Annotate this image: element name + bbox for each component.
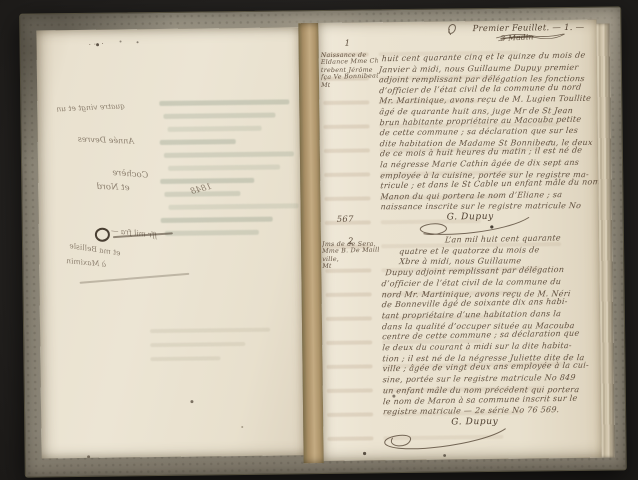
ghost-text-bar: [168, 126, 262, 132]
ghost-text-bar: [160, 139, 236, 144]
show-through-line: et ma Bellisle: [69, 241, 121, 257]
manuscript-line: le deux du courant à midi sur la dite ha…: [382, 341, 572, 352]
show-through-line: à Maximin: [66, 256, 107, 269]
ghost-text-bar: [150, 356, 220, 361]
print-show-through: [36, 27, 298, 30]
ghost-text-bar: [324, 124, 370, 129]
right-page: Premier Feuillet. — 1. — 3 Madin 1Naissa…: [318, 20, 601, 461]
margin-note-line: ville,: [322, 256, 339, 263]
ghost-text-bar: [150, 328, 270, 333]
manuscript-line: Mr. Martinique, avons reçu de M. Lugien …: [379, 94, 592, 106]
margin-note-line: Mt: [321, 82, 331, 89]
ghost-text-bar: [161, 217, 273, 223]
manuscript-line: de Bonneville âgé de soixante dix ans ha…: [381, 297, 568, 309]
ghost-text-bar: [326, 292, 372, 297]
manuscript-line: ville ; âgée de vingt deux ans employée …: [382, 361, 589, 374]
pen-trial-marks: · ·· ·: [88, 39, 104, 49]
show-through-line: Année Devres: [78, 135, 135, 146]
manuscript-line: de cette commune ; sa déclaration que su…: [379, 126, 578, 137]
manuscript-line: quatre et le quatorze du mois de: [399, 245, 540, 256]
folio-number: — 1. —: [552, 23, 584, 33]
show-through-line: quatre vingt et un: [56, 101, 125, 113]
ghost-text-bar: [326, 316, 372, 321]
ghost-text-bar: [327, 364, 373, 369]
ghost-text-bar: [168, 165, 280, 171]
circle-ink-mark: [95, 228, 110, 242]
officer-signature: G. Dupuy: [447, 212, 494, 223]
manuscript-line: de ce mois à huit heures du matin ; il e…: [380, 146, 583, 159]
ghost-text-bar: [325, 268, 371, 273]
foxing-specks: [318, 23, 320, 25]
ghost-text-bar: [163, 113, 275, 119]
manuscript-line: tant propriétaire d’une habitation dans …: [381, 309, 561, 320]
ghost-text-bar: [159, 99, 289, 105]
show-through-line: Cochère: [112, 168, 149, 181]
register-book: · ·· · quatre vingt et unAnnée DevresCoc…: [19, 6, 627, 477]
show-through-line: et Nord: [96, 182, 130, 193]
ghost-text-bar: [327, 412, 373, 417]
register-reference-number: 567: [337, 215, 354, 225]
manuscript-line: registre matricule — 2e série No 76 569.: [383, 405, 560, 416]
ghost-text-bar: [324, 148, 370, 153]
ghost-text-bar: [383, 435, 503, 440]
manuscript-line: Xbre à midi, nous Guillaume: [399, 257, 522, 267]
ghost-text-bar: [324, 196, 370, 201]
ghost-text-bar: [164, 151, 294, 157]
manuscript-line: naissance inscrite sur le registre matri…: [380, 201, 582, 211]
ghost-text-bar: [327, 436, 373, 441]
margin-note-line: fça Ve Bonnibeau: [321, 73, 378, 81]
ink-show-through-lines: quatre vingt et unAnnée DevresCochèreet …: [36, 27, 298, 30]
ghost-text-bar: [324, 172, 370, 177]
struck-note: 3 Madin: [500, 32, 533, 43]
archival-scan: · ·· · quatre vingt et unAnnée DevresCoc…: [0, 0, 638, 480]
entry-number: 1: [345, 39, 351, 49]
manuscript-line: d’officier de l’état civil de la commune…: [381, 277, 561, 288]
ghost-text-bar: [326, 340, 372, 345]
manuscript-line: Manon du qui portera le nom d’Eliane ; s…: [380, 190, 563, 201]
manuscript-line: sine, portée sur le registre matricule N…: [382, 373, 576, 384]
ghost-text-bar: [327, 388, 373, 393]
ghost-text-bar: [165, 230, 259, 236]
ghost-text-bar: [169, 203, 299, 209]
header-flourish: [449, 25, 456, 35]
dash-ink-mark-2: [80, 273, 190, 284]
ghost-text-bar: [150, 342, 245, 347]
margin-note-line: Mt: [322, 263, 332, 270]
left-page: · ·· · quatre vingt et unAnnée DevresCoc…: [36, 27, 303, 458]
ghost-text-bar: [323, 100, 369, 105]
manuscript-line: Janvier à midi, nous Guillaume Dupuy pre…: [378, 62, 578, 73]
officer-signature: G. Dupuy: [451, 417, 498, 428]
margin-note-line: Mme B. De Maille,: [322, 247, 379, 255]
manuscript-line: la négresse Marie Cathin âgée de dix sep…: [380, 158, 580, 169]
margin-note-line: Eldance Mme Chau-: [321, 58, 378, 66]
manuscript-line: Dupuy adjoint remplissant par délégation: [385, 265, 565, 277]
foxing-specks: [36, 30, 38, 32]
